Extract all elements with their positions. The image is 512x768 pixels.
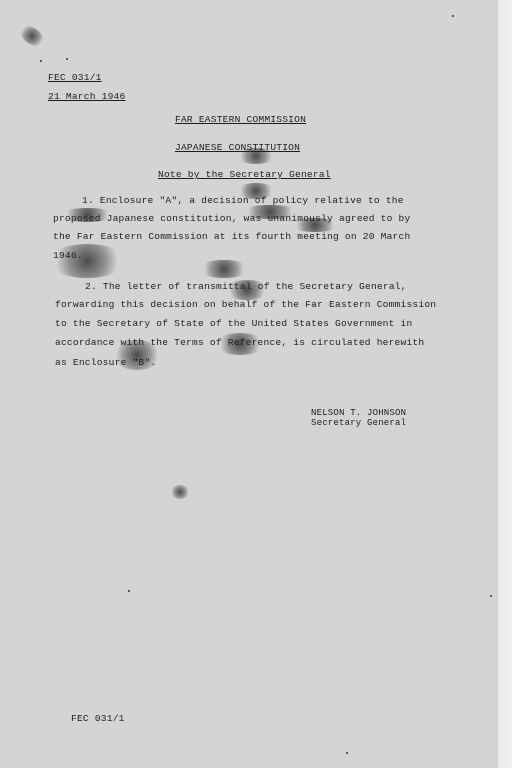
- heading-note: Note by the Secretary General: [158, 169, 331, 180]
- page-edge: [496, 0, 512, 768]
- paragraph-2-line: forwarding this decision on behalf of th…: [55, 299, 436, 310]
- signature-title: Secretary General: [311, 418, 406, 428]
- heading-organization: FAR EASTERN COMMISSION: [175, 114, 306, 125]
- document-reference-bottom: FEC 031/1: [71, 713, 125, 724]
- paragraph-2-line: to the Secretary of State of the United …: [55, 318, 412, 329]
- paragraph-1-line: the Far Eastern Commission at its fourth…: [53, 231, 410, 242]
- document-reference-top: FEC 031/1: [48, 72, 102, 83]
- document-date: 21 March 1946: [48, 91, 125, 102]
- signature-name: NELSON T. JOHNSON: [311, 408, 406, 418]
